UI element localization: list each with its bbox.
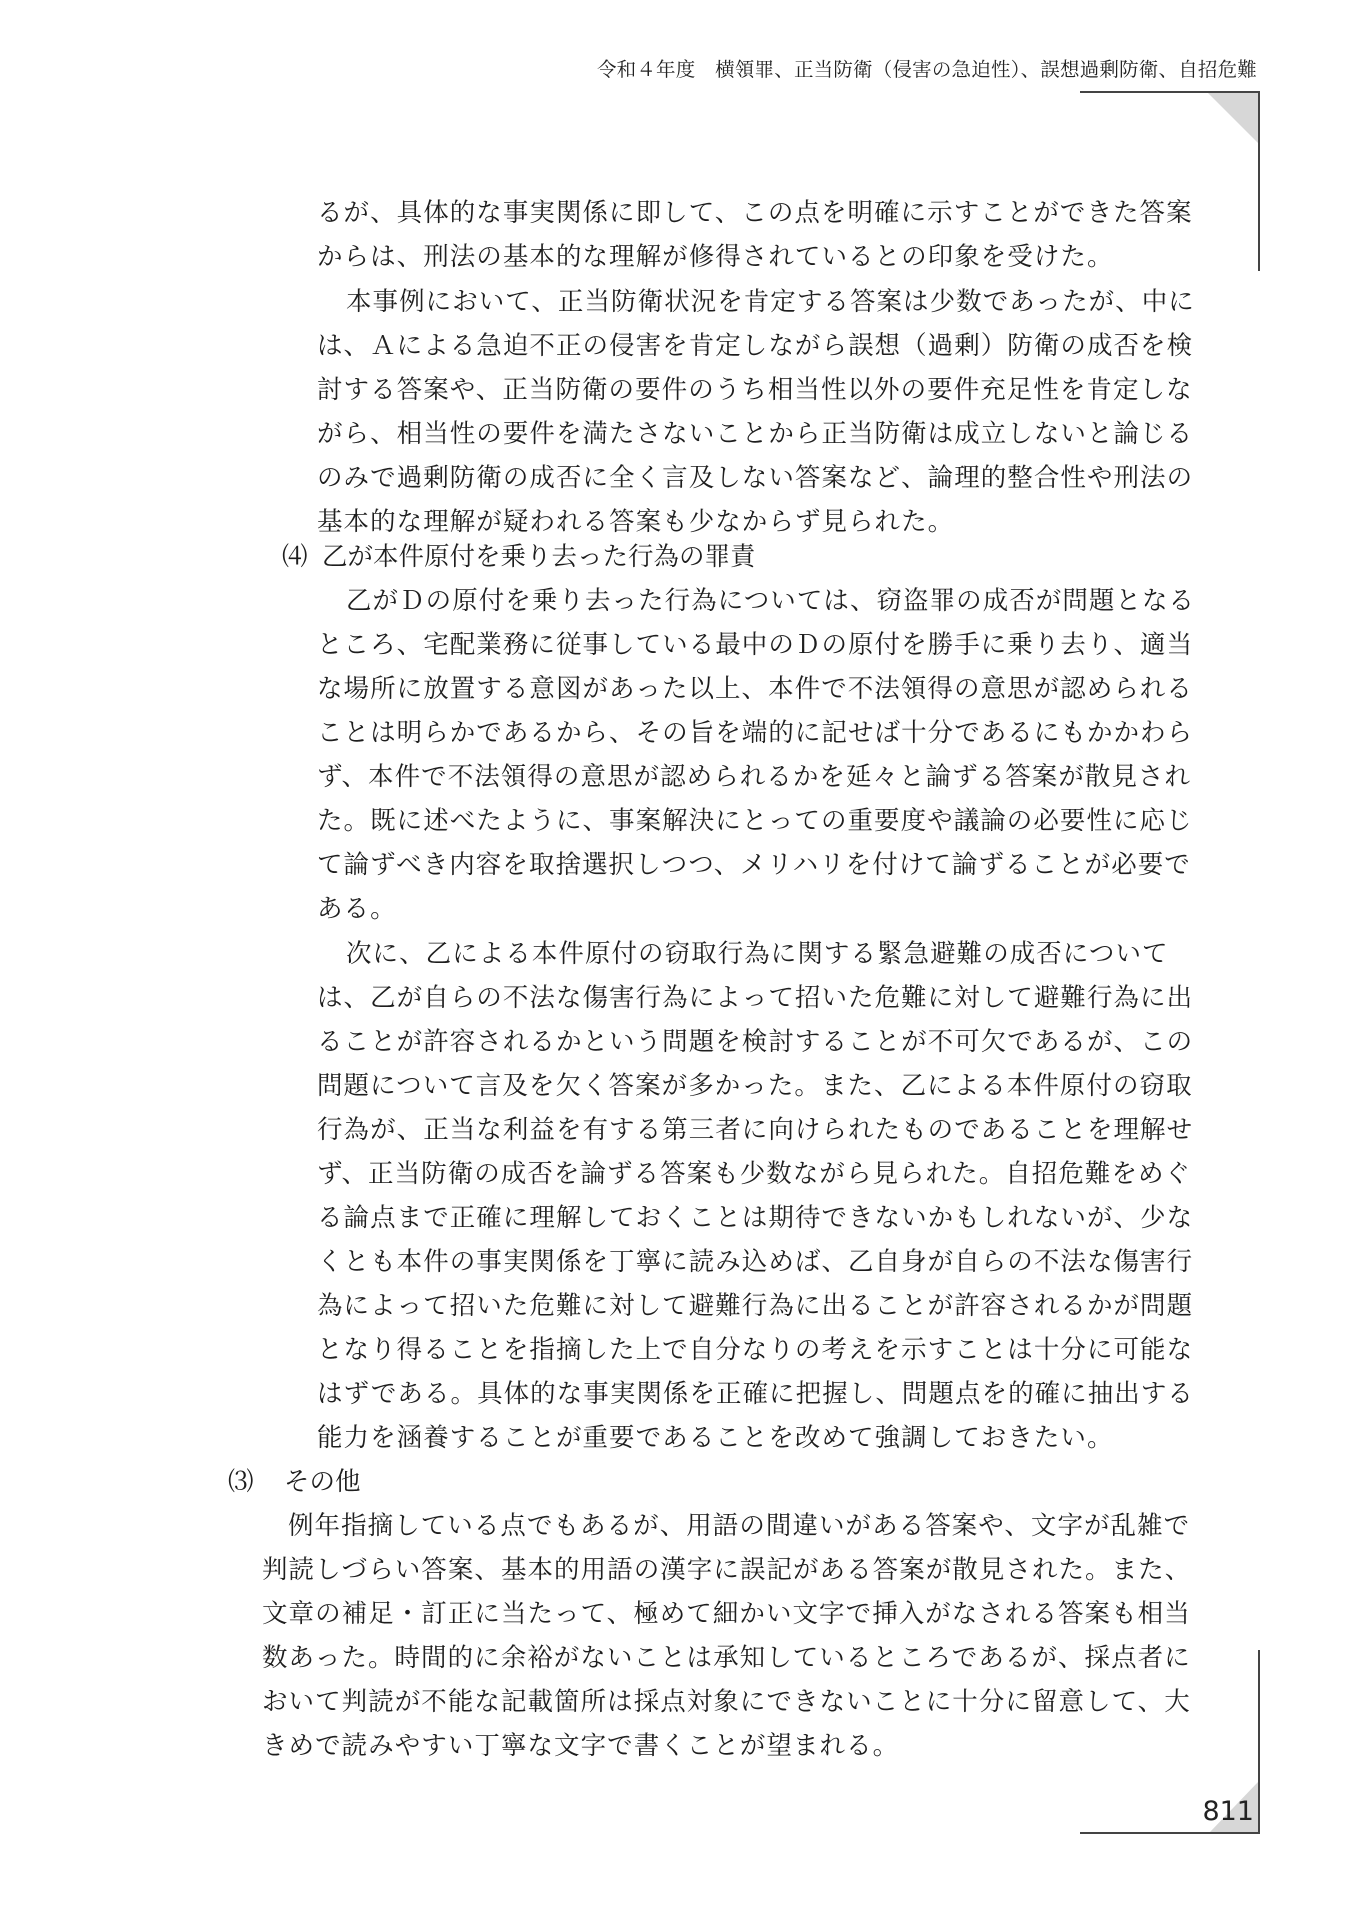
- paragraph-line: ところ、宅配業務に従事している最中のＤの原付を勝手に乗り去り、適当: [317, 623, 1193, 667]
- running-head: 令和４年度 横領罪、正当防衛（侵害の急迫性）、誤想過剰防衛、自招危難: [597, 54, 1257, 82]
- paragraph-line: がら、相当性の要件を満たさないことから正当防衛は成立しないと論じる: [317, 412, 1193, 456]
- corner-mark-bottom-horizontal: [1080, 1832, 1260, 1834]
- paragraph-line: る論点まで正確に理解しておくことは期待できないかもしれないが、少な: [317, 1196, 1193, 1240]
- page-number: 811: [1202, 1796, 1254, 1827]
- paragraph-line: ることが許容されるかという問題を検討することが不可欠であるが、この: [317, 1020, 1193, 1064]
- paragraph-line: となり得ることを指摘した上で自分なりの考えを示すことは十分に可能な: [317, 1328, 1193, 1372]
- paragraph-line: 能力を涵養することが重要であることを改めて強調しておきたい。: [317, 1416, 1114, 1460]
- paragraph-line: のみで過剰防衛の成否に全く言及しない答案など、論理的整合性や刑法の: [317, 456, 1193, 500]
- paragraph-line: からは、刑法の基本的な理解が修得されているとの印象を受けた。: [317, 235, 1114, 279]
- paragraph-line: はずである。具体的な事実関係を正確に把握し、問題点を的確に抽出する: [317, 1372, 1194, 1416]
- section-label: ⑷: [282, 535, 326, 579]
- paragraph-line: ある。: [317, 887, 397, 931]
- paragraph-line: は、乙が自らの不法な傷害行為によって招いた危難に対して避難行為に出: [317, 976, 1193, 1020]
- paragraph-line: るが、具体的な事実関係に即して、この点を明確に示すことができた答案: [317, 191, 1193, 235]
- paragraph-line: 討する答案や、正当防衛の要件のうち相当性以外の要件充足性を肯定しな: [317, 368, 1193, 412]
- paragraph-line: 例年指摘している点でもあるが、用語の間違いがある答案や、文字が乱雑で: [288, 1504, 1190, 1548]
- corner-mark-top-vertical: [1258, 91, 1260, 271]
- paragraph-line: おいて判読が不能な記載箇所は採点対象にできないことに十分に留意して、大: [262, 1680, 1191, 1724]
- paragraph-line: 文章の補足・訂正に当たって、極めて細かい文字で挿入がなされる答案も相当: [262, 1592, 1191, 1636]
- paragraph-line: くとも本件の事実関係を丁寧に読み込めば、乙自身が自らの不法な傷害行: [317, 1240, 1193, 1284]
- section-heading-3: ⑶その他: [228, 1460, 361, 1504]
- paragraph-line: ず、本件で不法領得の意思が認められるかを延々と論ずる答案が散見され: [317, 755, 1191, 799]
- paragraph-line: 行為が、正当な利益を有する第三者に向けられたものであることを理解せ: [317, 1108, 1193, 1152]
- paragraph-line: 判読しづらい答案、基本的用語の漢字に誤記がある答案が散見された。また、: [262, 1548, 1191, 1592]
- paragraph-line: 本事例において、正当防衛状況を肯定する答案は少数であったが、中に: [346, 280, 1195, 324]
- paragraph-line: 為によって招いた危難に対して避難行為に出ることが許容されるかが問題: [317, 1284, 1193, 1328]
- section-label: ⑶: [228, 1460, 272, 1504]
- paragraph-line: 次に、乙による本件原付の窃取行為に関する緊急避難の成否について: [346, 932, 1169, 976]
- paragraph-line: な場所に放置する意図があった以上、本件で不法領得の意思が認められる: [317, 667, 1193, 711]
- paragraph-line: きめで読みやすい丁寧な文字で書くことが望まれる。: [262, 1724, 899, 1768]
- paragraph-line: ず、正当防衛の成否を論ずる答案も少数ながら見られた。自招危難をめぐ: [317, 1152, 1191, 1196]
- paragraph-line: ことは明らかであるから、その旨を端的に記せば十分であるにもかかわら: [317, 711, 1193, 755]
- section-title: その他: [284, 1467, 361, 1497]
- section-title: 乙が本件原付を乗り去った行為の罪責: [322, 542, 756, 572]
- corner-mark-top-triangle: [1208, 93, 1258, 143]
- paragraph-line: 数あった。時間的に余裕がないことは承知しているところであるが、採点者に: [262, 1636, 1191, 1680]
- paragraph-line: て論ずべき内容を取捨選択しつつ、メリハリを付けて論ずることが必要で: [317, 843, 1191, 887]
- corner-mark-bottom-vertical: [1258, 1650, 1260, 1834]
- section-heading-i: ⑷乙が本件原付を乗り去った行為の罪責: [282, 535, 756, 579]
- paragraph-line: は、Ａによる急迫不正の侵害を肯定しながら誤想（過剰）防衛の成否を検: [317, 324, 1193, 368]
- paragraph-line: 問題について言及を欠く答案が多かった。また、乙による本件原付の窃取: [317, 1064, 1193, 1108]
- paragraph-line: た。既に述べたように、事案解決にとっての重要度や議論の必要性に応じ: [317, 799, 1193, 843]
- paragraph-line: 乙がＤの原付を乗り去った行為については、窃盗罪の成否が問題となる: [346, 579, 1195, 623]
